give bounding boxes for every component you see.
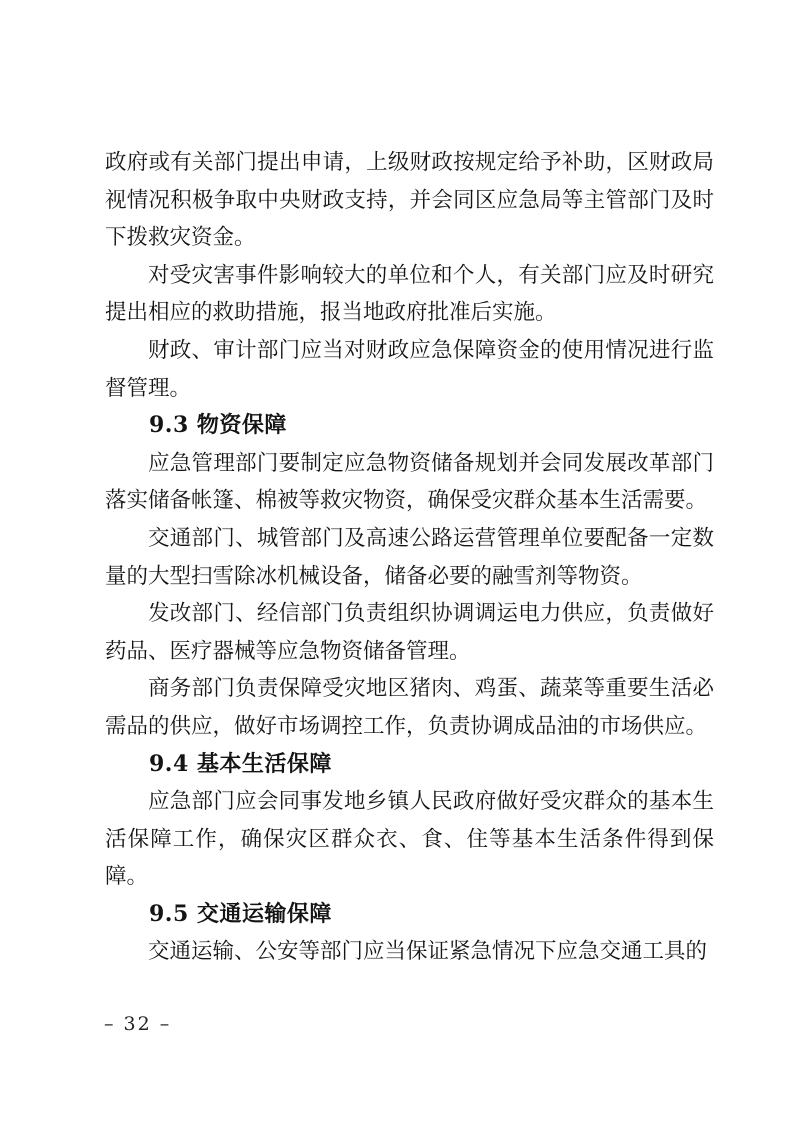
section-heading: 9.3 物资保障: [105, 407, 714, 445]
paragraph: 商务部门负责保障受灾地区猪肉、鸡蛋、蔬菜等重要生活必需品的供应，做好市场调控工作…: [105, 670, 714, 745]
paragraph: 发改部门、经信部门负责组织协调调运电力供应，负责做好药品、医疗器械等应急物资储备…: [105, 595, 714, 670]
paragraph: 应急部门应会同事发地乡镇人民政府做好受灾群众的基本生活保障工作，确保灾区群众衣、…: [105, 783, 714, 896]
section-heading: 9.4 基本生活保障: [105, 746, 714, 784]
paragraph: 政府或有关部门提出申请，上级财政按规定给予补助，区财政局视情况积极争取中央财政支…: [105, 144, 714, 257]
paragraph: 财政、审计部门应当对财政应急保障资金的使用情况进行监督管理。: [105, 332, 714, 407]
page-number: – 32 –: [104, 1013, 171, 1035]
document-page: 政府或有关部门提出申请，上级财政按规定给予补助，区财政局视情况积极争取中央财政支…: [0, 0, 793, 1122]
paragraph: 交通运输、公安等部门应当保证紧急情况下应急交通工具的: [105, 933, 714, 971]
paragraph: 交通部门、城管部门及高速公路运营管理单位要配备一定数量的大型扫雪除冰机械设备，储…: [105, 520, 714, 595]
paragraph: 应急管理部门要制定应急物资储备规划并会同发展改革部门落实储备帐篷、棉被等救灾物资…: [105, 445, 714, 520]
paragraph: 对受灾害事件影响较大的单位和个人，有关部门应及时研究提出相应的救助措施，报当地政…: [105, 257, 714, 332]
document-body: 政府或有关部门提出申请，上级财政按规定给予补助，区财政局视情况积极争取中央财政支…: [105, 144, 714, 971]
section-heading: 9.5 交通运输保障: [105, 896, 714, 934]
